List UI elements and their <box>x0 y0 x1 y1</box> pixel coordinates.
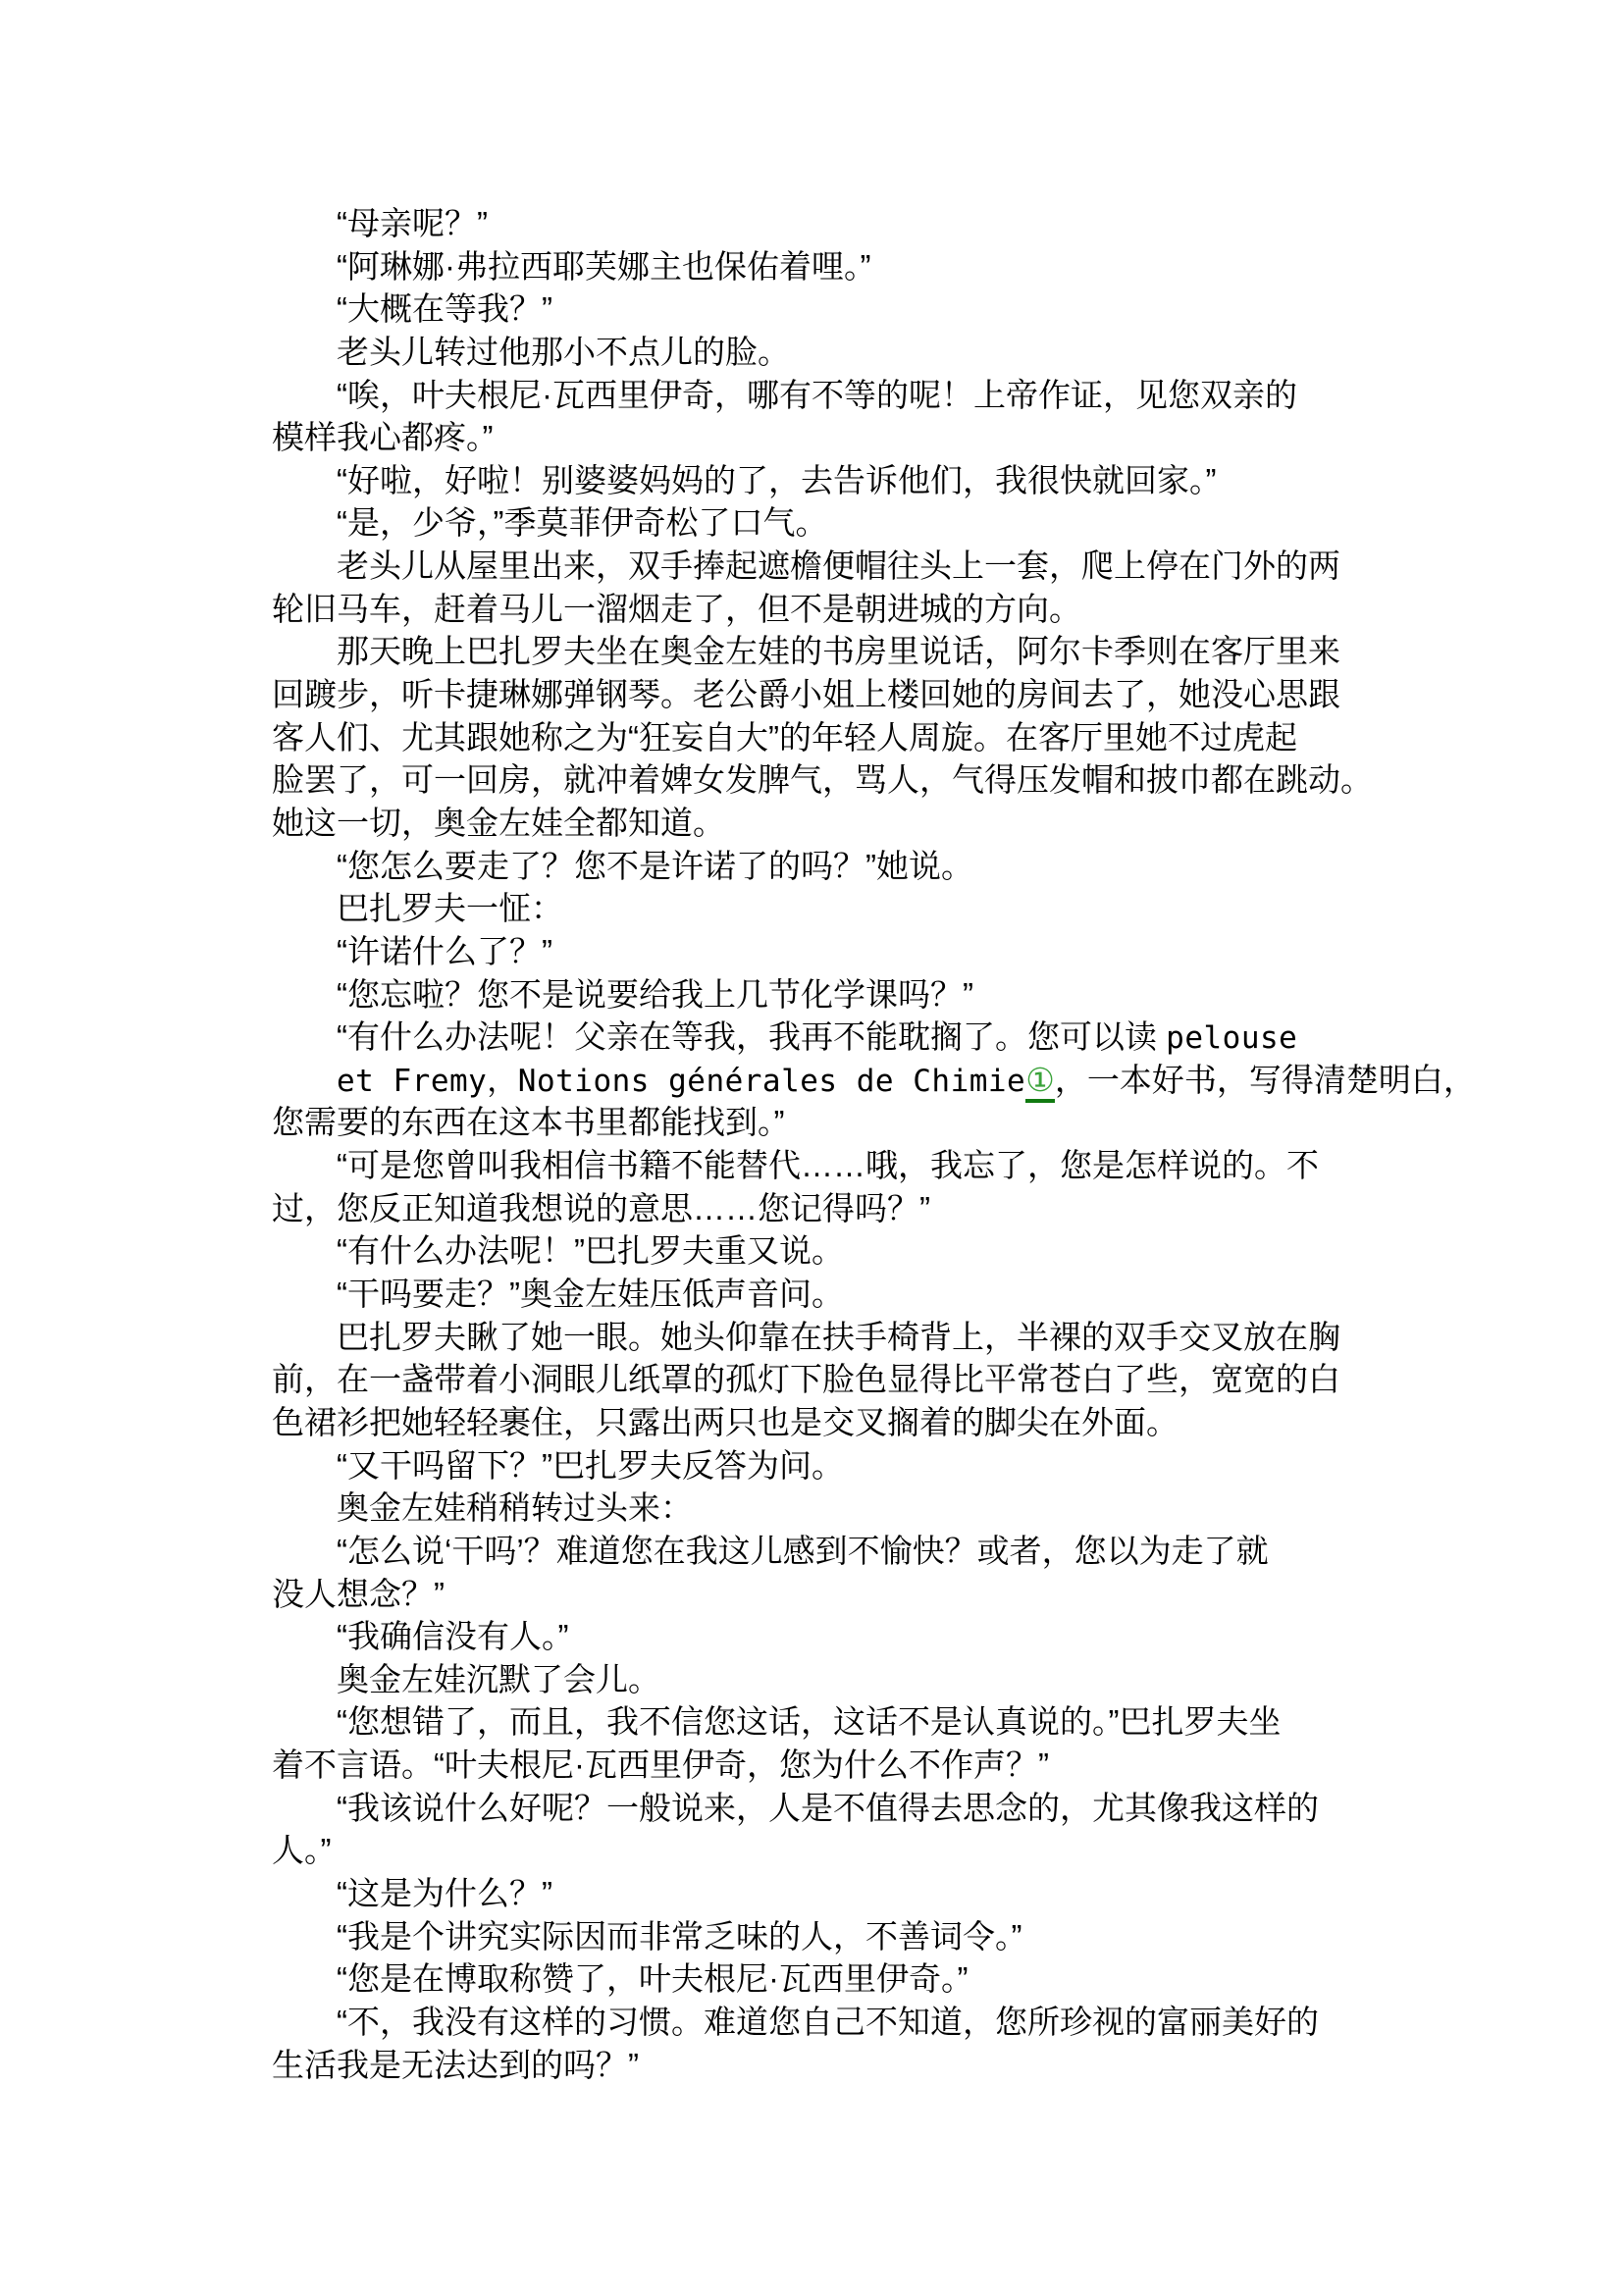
cjk-text: “我确信没有人。” <box>337 1618 568 1654</box>
text-line: “这是为什么？” <box>272 1872 1381 1915</box>
text-line: 模样我心都疼。” <box>272 416 1381 459</box>
cjk-text: 老头儿从屋里出来，双手捧起遮檐便帽往头上一套，爬上停在门外的两 <box>337 547 1340 584</box>
text-line: 那天晚上巴扎罗夫坐在奥金左娃的书房里说话，阿尔卡季则在客厅里来 <box>272 630 1381 673</box>
text-line: “您忘啦？您不是说要给我上几节化学课吗？” <box>272 973 1381 1017</box>
cjk-text: 奥金左娃稍稍转过头来： <box>337 1489 693 1526</box>
text-line: “我是个讲究实际因而非常乏味的人，不善词令。” <box>272 1915 1381 1958</box>
cjk-text: “可是您曾叫我相信书籍不能替代……哦，我忘了，您是怎样说的。不 <box>337 1147 1319 1183</box>
text-line: 她这一切，奥金左娃全都知道。 <box>272 802 1381 845</box>
cjk-text: “又干吗留下？”巴扎罗夫反答为问。 <box>337 1447 844 1484</box>
footnote-ref-link[interactable]: ① <box>1025 1062 1055 1103</box>
cjk-text: “母亲呢？” <box>337 205 488 241</box>
cjk-text: 前，在一盏带着小洞眼儿纸罩的孤灯下脸色显得比平常苍白了些，宽宽的白 <box>272 1361 1340 1397</box>
text-line: “干吗要走？”奥金左娃压低声音问。 <box>272 1273 1381 1316</box>
text-line: 脸罢了，可一回房，就冲着婢女发脾气，骂人，气得压发帽和披巾都在跳动。 <box>272 758 1381 802</box>
cjk-text: 老头儿转过他那小不点儿的脸。 <box>337 334 790 370</box>
text-line: 老头儿转过他那小不点儿的脸。 <box>272 331 1381 374</box>
text-line: “有什么办法呢！父亲在等我，我再不能耽搁了。您可以读 pelouse <box>272 1016 1381 1059</box>
text-line: et Fremy，Notions générales de Chimie①，一本… <box>272 1059 1381 1102</box>
cjk-text: 脸罢了，可一回房，就冲着婢女发脾气，骂人，气得压发帽和披巾都在跳动。 <box>272 761 1373 798</box>
text-line: “我该说什么好呢？一般说来，人是不值得去思念的，尤其像我这样的 <box>272 1787 1381 1830</box>
cjk-text: “有什么办法呢！”巴扎罗夫重又说。 <box>337 1232 844 1269</box>
cjk-text: 着不言语。“叶夫根尼·瓦西里伊奇，您为什么不作声？” <box>272 1747 1049 1783</box>
latin-text: et Fremy，Notions générales de Chimie <box>337 1064 1025 1099</box>
cjk-text: “大概在等我？” <box>337 290 552 327</box>
text-line: “又干吗留下？”巴扎罗夫反答为问。 <box>272 1444 1381 1487</box>
cjk-text: 巴扎罗夫瞅了她一眼。她头仰靠在扶手椅背上，半裸的双手交叉放在胸 <box>337 1319 1340 1355</box>
text-line: “唉，叶夫根尼·瓦西里伊奇，哪有不等的呢！上帝作证，见您双亲的 <box>272 374 1381 417</box>
cjk-text: 巴扎罗夫一怔： <box>337 890 563 926</box>
text-line: 老头儿从屋里出来，双手捧起遮檐便帽往头上一套，爬上停在门外的两 <box>272 545 1381 588</box>
cjk-text: 奥金左娃沉默了会儿。 <box>337 1661 660 1697</box>
cjk-text: 生活我是无法达到的吗？” <box>272 2047 639 2083</box>
text-line: 人。” <box>272 1829 1381 1872</box>
text-line: “怎么说‘干吗’？难道您在我这儿感到不愉快？或者，您以为走了就 <box>272 1530 1381 1573</box>
cjk-text: 回踱步，听卡捷琳娜弹钢琴。老公爵小姐上楼回她的房间去了，她没心思跟 <box>272 676 1340 712</box>
cjk-text: “这是为什么？” <box>337 1875 552 1911</box>
document-page: “母亲呢？”“阿琳娜·弗拉西耶芙娜主也保佑着哩。”“大概在等我？”老头儿转过他那… <box>0 0 1624 2294</box>
cjk-text: 轮旧马车，赶着马儿一溜烟走了，但不是朝进城的方向。 <box>272 591 1081 627</box>
text-line: 您需要的东西在这本书里都能找到。” <box>272 1101 1381 1144</box>
text-line: “大概在等我？” <box>272 287 1381 331</box>
cjk-text: “是，少爷，”季莫菲伊奇松了口气。 <box>337 504 827 541</box>
cjk-text: 模样我心都疼。” <box>272 419 494 455</box>
cjk-text: “阿琳娜·弗拉西耶芙娜主也保佑着哩。” <box>337 248 870 285</box>
text-line: 轮旧马车，赶着马儿一溜烟走了，但不是朝进城的方向。 <box>272 588 1381 631</box>
text-line: “是，少爷，”季莫菲伊奇松了口气。 <box>272 501 1381 545</box>
text-line: 回踱步，听卡捷琳娜弹钢琴。老公爵小姐上楼回她的房间去了，她没心思跟 <box>272 673 1381 716</box>
text-line: 奥金左娃沉默了会儿。 <box>272 1658 1381 1701</box>
text-line: 过，您反正知道我想说的意思……您记得吗？” <box>272 1187 1381 1230</box>
cjk-text: “您忘啦？您不是说要给我上几节化学课吗？” <box>337 976 973 1013</box>
text-line: “有什么办法呢！”巴扎罗夫重又说。 <box>272 1229 1381 1273</box>
cjk-text: “您想错了，而且，我不信您这话，这话不是认真说的。”巴扎罗夫坐 <box>337 1703 1281 1740</box>
text-line: “许诺什么了？” <box>272 930 1381 973</box>
cjk-text: “我该说什么好呢？一般说来，人是不值得去思念的，尤其像我这样的 <box>337 1790 1319 1826</box>
text-line: “您怎么要走了？您不是许诺了的吗？”她说。 <box>272 845 1381 888</box>
cjk-text: “您怎么要走了？您不是许诺了的吗？”她说。 <box>337 848 973 884</box>
text-line: 奥金左娃稍稍转过头来： <box>272 1486 1381 1530</box>
text-line: 没人想念？” <box>272 1573 1381 1616</box>
latin-text: pelouse <box>1166 1020 1297 1056</box>
text-line: 巴扎罗夫一怔： <box>272 887 1381 930</box>
text-line: “您想错了，而且，我不信您这话，这话不是认真说的。”巴扎罗夫坐 <box>272 1700 1381 1744</box>
cjk-text: 没人想念？” <box>272 1576 445 1612</box>
text-line: “我确信没有人。” <box>272 1615 1381 1658</box>
text-line: “母亲呢？” <box>272 202 1381 245</box>
cjk-text: “有什么办法呢！父亲在等我，我再不能耽搁了。您可以读 <box>337 1018 1166 1055</box>
text-line: 前，在一盏带着小洞眼儿纸罩的孤灯下脸色显得比平常苍白了些，宽宽的白 <box>272 1358 1381 1401</box>
cjk-text: “许诺什么了？” <box>337 933 552 969</box>
text-line: “可是您曾叫我相信书籍不能替代……哦，我忘了，您是怎样说的。不 <box>272 1144 1381 1187</box>
cjk-text: “我是个讲究实际因而非常乏味的人，不善词令。” <box>337 1918 1022 1955</box>
text-line: “不，我没有这样的习惯。难道您自己不知道，您所珍视的富丽美好的 <box>272 2001 1381 2044</box>
cjk-text: “不，我没有这样的习惯。难道您自己不知道，您所珍视的富丽美好的 <box>337 2004 1319 2040</box>
cjk-text: 客人们、尤其跟她称之为“狂妄自大”的年轻人周旋。在客厅里她不过虎起 <box>272 719 1297 756</box>
cjk-text: “干吗要走？”奥金左娃压低声音问。 <box>337 1276 844 1312</box>
text-line: “阿琳娜·弗拉西耶芙娜主也保佑着哩。” <box>272 245 1381 288</box>
cjk-text: “好啦，好啦！别婆婆妈妈的了，去告诉他们，我很快就回家。” <box>337 462 1216 498</box>
cjk-text: 您需要的东西在这本书里都能找到。” <box>272 1104 785 1140</box>
cjk-text: 人。” <box>272 1832 332 1868</box>
cjk-text: 她这一切，奥金左娃全都知道。 <box>272 805 725 841</box>
cjk-text: “您是在博取称赞了，叶夫根尼·瓦西里伊奇。” <box>337 1960 968 1997</box>
cjk-text: “怎么说‘干吗’？难道您在我这儿感到不愉快？或者，您以为走了就 <box>337 1533 1269 1569</box>
text-line: 生活我是无法达到的吗？” <box>272 2044 1381 2087</box>
text-line: “您是在博取称赞了，叶夫根尼·瓦西里伊奇。” <box>272 1957 1381 2001</box>
cjk-text: 过，您反正知道我想说的意思……您记得吗？” <box>272 1190 930 1226</box>
text-line: 着不言语。“叶夫根尼·瓦西里伊奇，您为什么不作声？” <box>272 1744 1381 1787</box>
cjk-text: 那天晚上巴扎罗夫坐在奥金左娃的书房里说话，阿尔卡季则在客厅里来 <box>337 633 1340 669</box>
text-line: 客人们、尤其跟她称之为“狂妄自大”的年轻人周旋。在客厅里她不过虎起 <box>272 716 1381 759</box>
cjk-text: ，一本好书，写得清楚明白， <box>1055 1062 1476 1098</box>
text-line: 色裙衫把她轻轻裹住，只露出两只也是交叉搁着的脚尖在外面。 <box>272 1401 1381 1444</box>
cjk-text: “唉，叶夫根尼·瓦西里伊奇，哪有不等的呢！上帝作证，见您双亲的 <box>337 377 1297 413</box>
page-text: “母亲呢？”“阿琳娜·弗拉西耶芙娜主也保佑着哩。”“大概在等我？”老头儿转过他那… <box>272 202 1381 2086</box>
text-line: “好啦，好啦！别婆婆妈妈的了，去告诉他们，我很快就回家。” <box>272 459 1381 502</box>
cjk-text: 色裙衫把她轻轻裹住，只露出两只也是交叉搁着的脚尖在外面。 <box>272 1404 1179 1440</box>
text-line: 巴扎罗夫瞅了她一眼。她头仰靠在扶手椅背上，半裸的双手交叉放在胸 <box>272 1316 1381 1359</box>
